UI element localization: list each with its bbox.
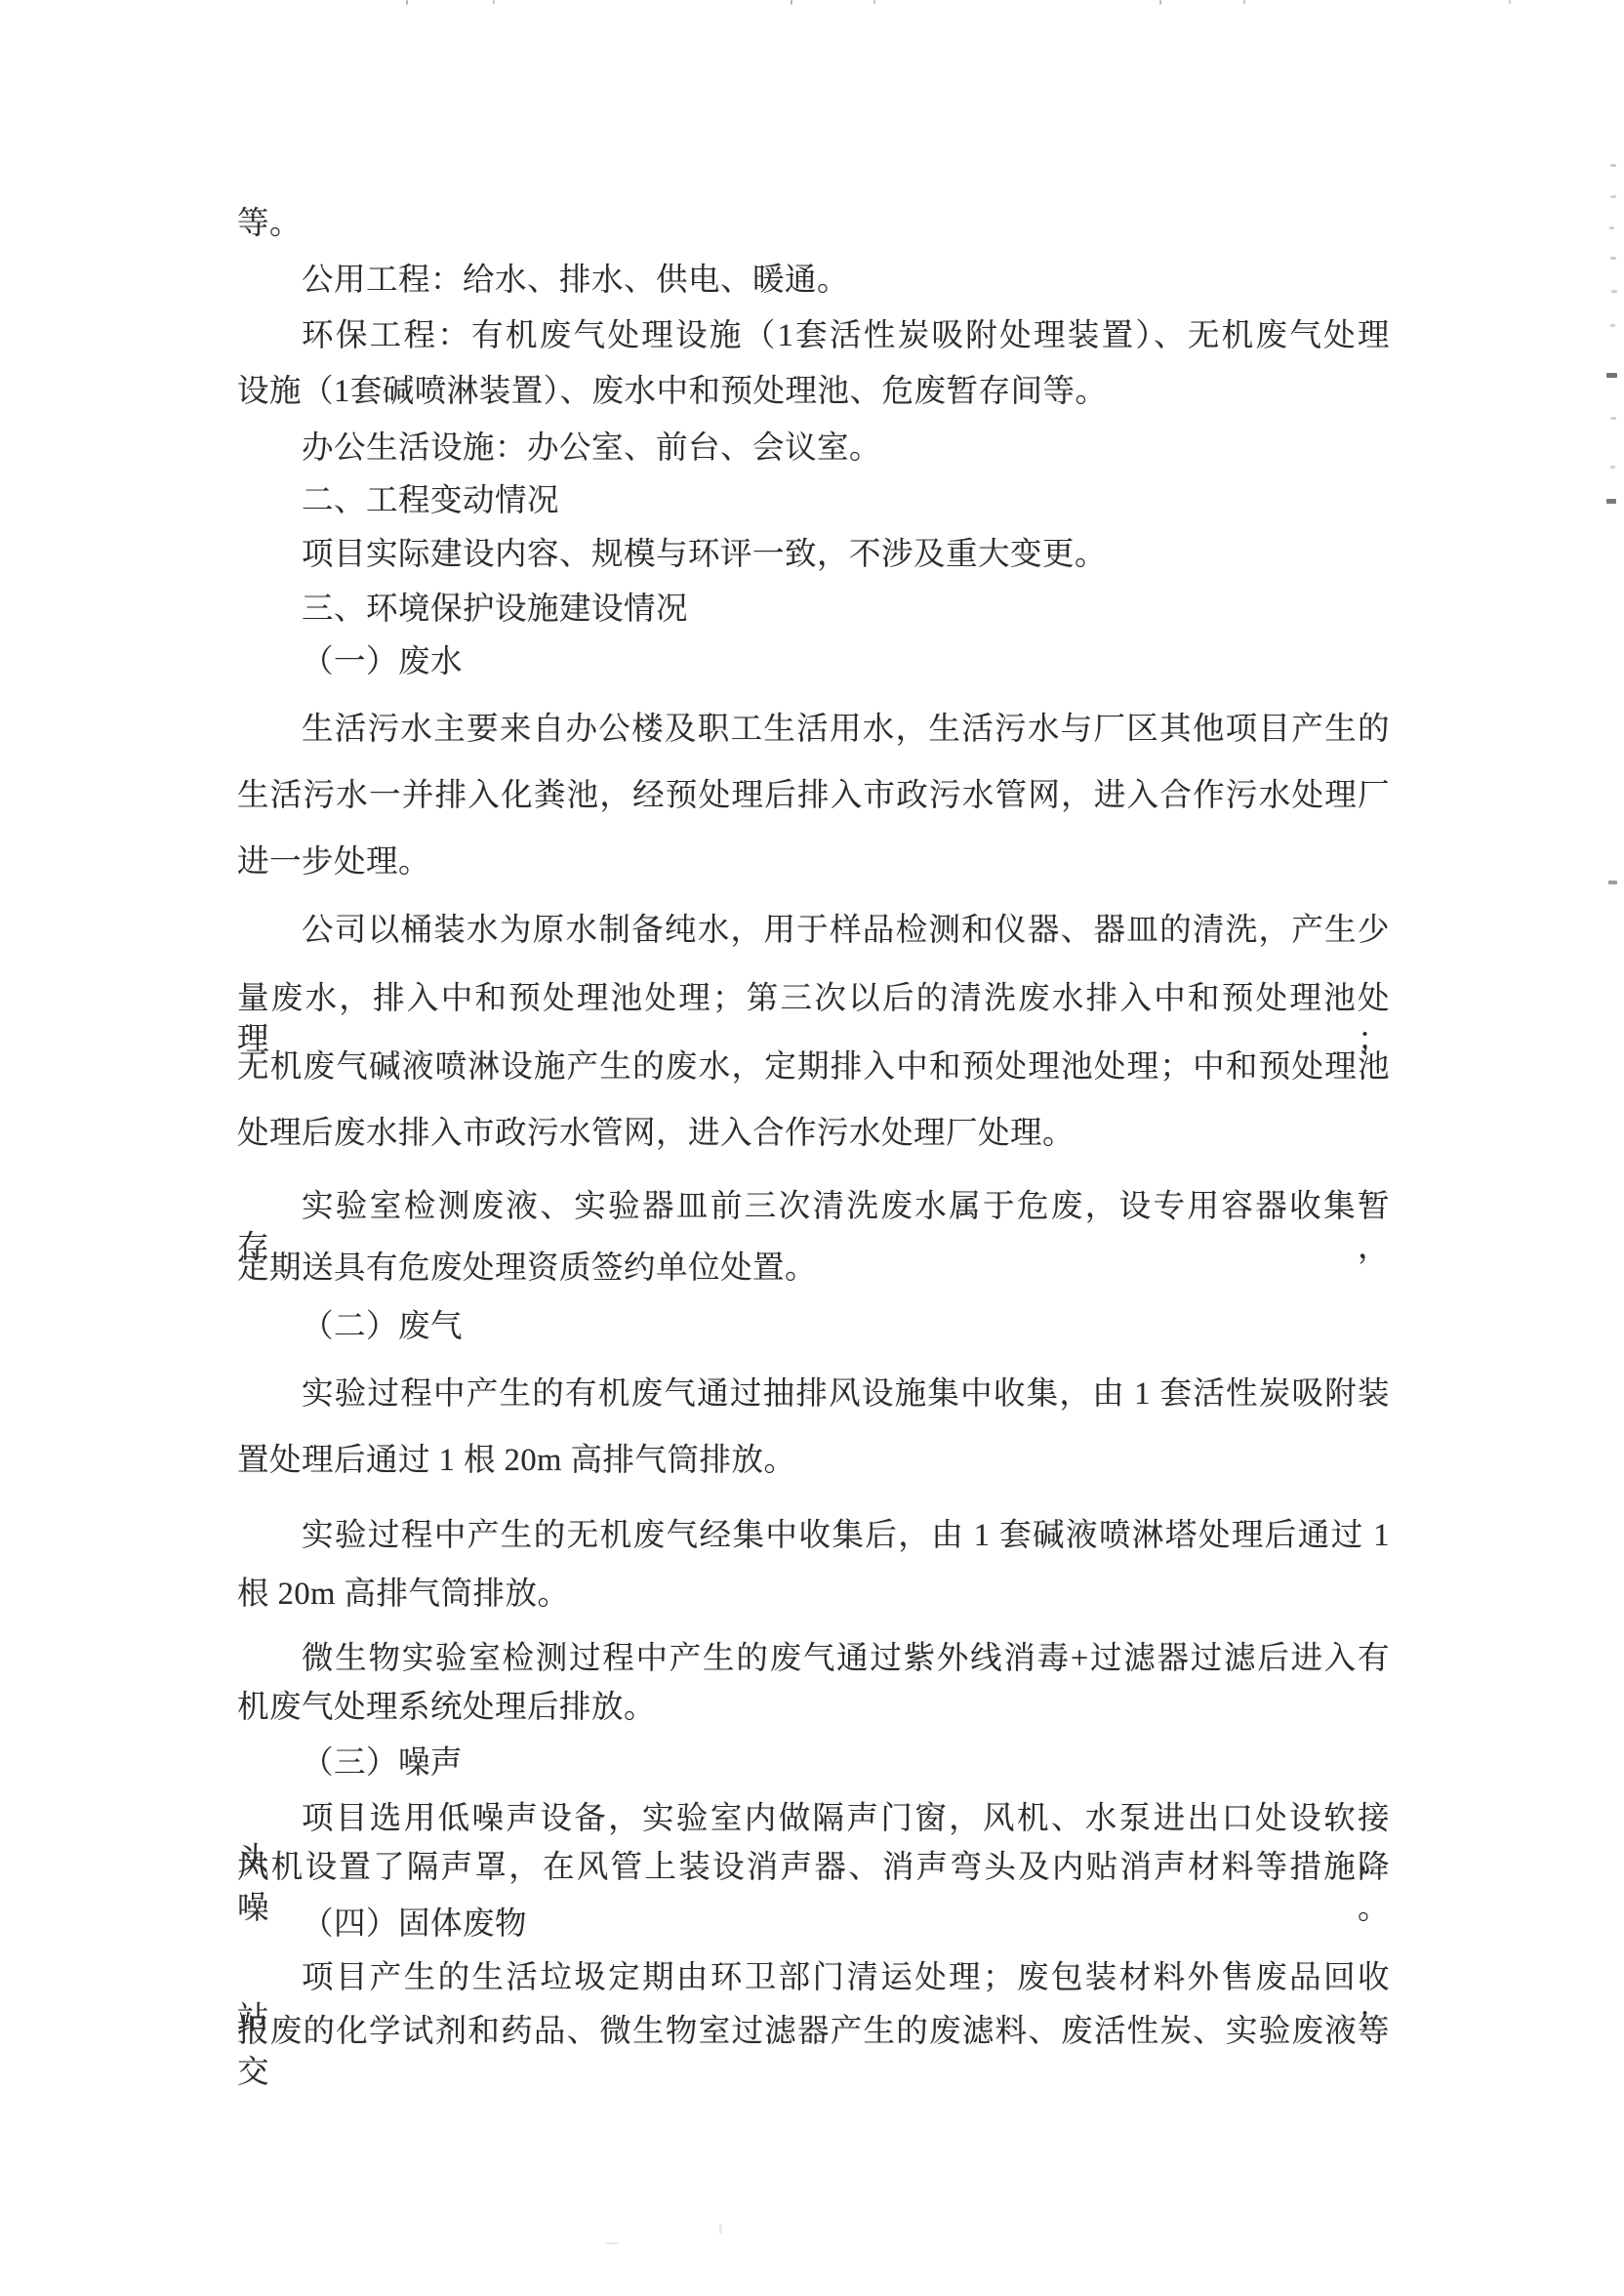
scan-speck xyxy=(791,0,792,5)
scan-speck xyxy=(1610,164,1616,167)
scan-speck xyxy=(873,0,875,4)
scan-speck xyxy=(1611,290,1617,293)
text-line: （二）废气 xyxy=(237,1306,1390,1347)
text-line: 环保工程：有机废气处理设施（1套活性炭吸附处理装置）、无机废气处理 xyxy=(237,315,1390,356)
text-line: 公用工程：给水、排水、供电、暖通。 xyxy=(237,260,1390,301)
scan-speck xyxy=(1606,373,1617,378)
text-line: 设施（1套碱喷淋装置）、废水中和预处理池、危废暂存间等。 xyxy=(237,371,1390,412)
text-layer: 等。公用工程：给水、排水、供电、暖通。环保工程：有机废气处理设施（1套活性炭吸附… xyxy=(0,0,1624,2296)
scan-speck xyxy=(1609,226,1614,229)
scan-speck xyxy=(406,0,408,5)
text-line: 机废气处理系统处理后排放。 xyxy=(237,1687,1390,1728)
scan-speck xyxy=(1610,195,1616,198)
text-line: 报废的化学试剂和药品、微生物室过滤器产生的废滤料、废活性炭、实验废液等交 xyxy=(237,2011,1390,2094)
text-line: 定期送具有危废处理资质签约单位处置。 xyxy=(237,1248,1390,1289)
text-line: 三、环境保护设施建设情况 xyxy=(237,589,1390,630)
scan-speck xyxy=(605,2242,619,2244)
scan-speck xyxy=(719,2224,722,2234)
text-line: 进一步处理。 xyxy=(237,841,1390,882)
scan-speck xyxy=(1610,324,1615,327)
text-line: 实验过程中产生的无机废气经集中收集后，由 1 套碱液喷淋塔处理后通过 1 xyxy=(237,1515,1390,1556)
text-line: 生活污水主要来自办公楼及职工生活用水，生活污水与厂区其他项目产生的 xyxy=(237,709,1390,750)
text-line: 微生物实验室检测过程中产生的废气通过紫外线消毒+过滤器过滤后进入有 xyxy=(237,1638,1390,1679)
scan-speck xyxy=(1610,257,1616,260)
scan-speck xyxy=(1509,0,1511,4)
text-line: 二、工程变动情况 xyxy=(237,480,1390,521)
text-line: 公司以桶装水为原水制备纯水，用于样品检测和仪器、器皿的清洗，产生少 xyxy=(237,910,1390,951)
scan-speck xyxy=(1610,466,1615,469)
text-line: 等。 xyxy=(237,203,1390,244)
text-line: （三）噪声 xyxy=(237,1742,1390,1783)
text-line: 生活污水一并排入化粪池，经预处理后排入市政污水管网，进入合作污水处理厂 xyxy=(237,775,1390,816)
text-line: 办公生活设施：办公室、前台、会议室。 xyxy=(237,428,1390,469)
text-line: 实验过程中产生的有机废气通过抽排风设施集中收集，由 1 套活性炭吸附装 xyxy=(237,1373,1390,1414)
document-page: 等。公用工程：给水、排水、供电、暖通。环保工程：有机废气处理设施（1套活性炭吸附… xyxy=(0,0,1624,2296)
scan-speck xyxy=(1608,881,1617,884)
scan-speck xyxy=(1606,499,1616,504)
scan-speck xyxy=(1243,0,1245,4)
scan-speck xyxy=(1159,0,1161,5)
text-line: （四）固体废物 xyxy=(237,1904,1390,1945)
text-line: 置处理后通过 1 根 20m 高排气筒排放。 xyxy=(237,1440,1390,1481)
text-line: 项目实际建设内容、规模与环评一致，不涉及重大变更。 xyxy=(237,534,1390,575)
text-line: （一）废水 xyxy=(237,641,1390,682)
text-line: 处理后废水排入市政污水管网，进入合作污水处理厂处理。 xyxy=(237,1113,1390,1154)
scan-speck xyxy=(1610,417,1616,420)
text-line: 无机废气碱液喷淋设施产生的废水，定期排入中和预处理池处理；中和预处理池 xyxy=(237,1046,1390,1087)
text-line: 根 20m 高排气筒排放。 xyxy=(237,1574,1390,1615)
scan-speck xyxy=(493,0,495,4)
